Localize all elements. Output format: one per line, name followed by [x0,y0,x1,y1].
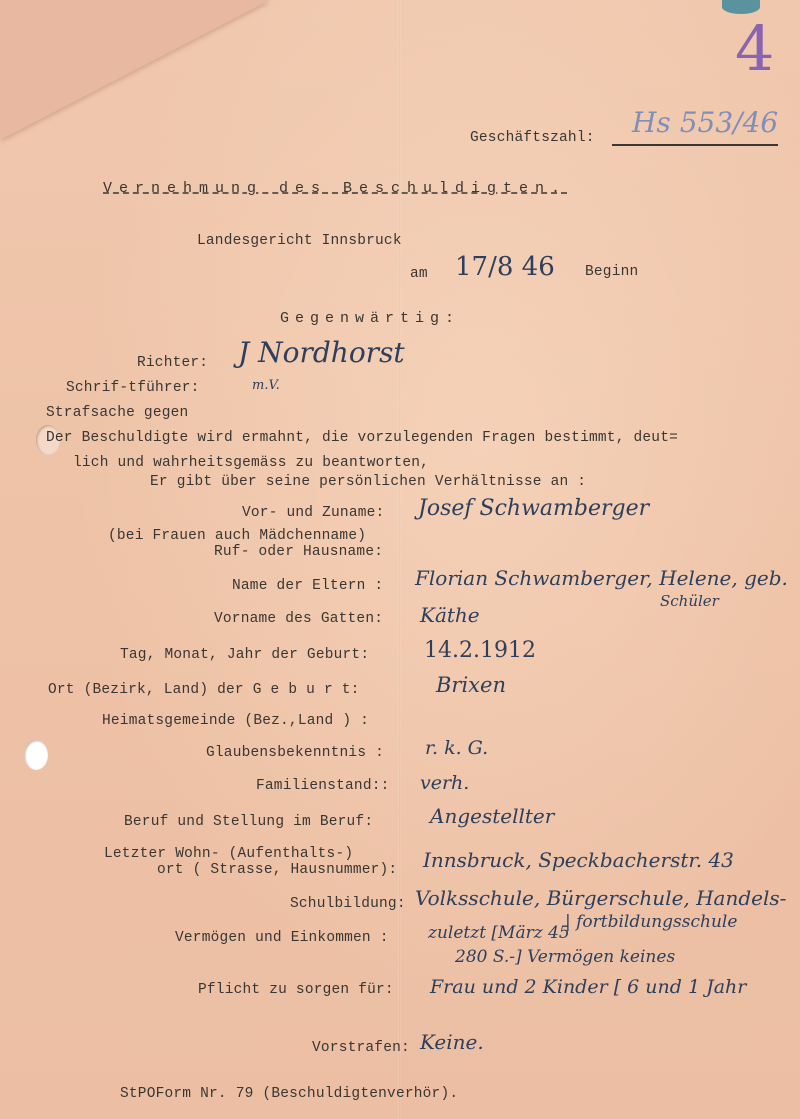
field-value-assets: zuletzt [März 45 [428,923,570,943]
field-label-maiden-name: (bei Frauen auch Mädchenname) [108,528,366,544]
folded-corner [0,0,270,140]
field-value-dependents: Frau und 2 Kinder [ 6 und 1 Jahr [430,976,746,998]
field-value-education: Volksschule, Bürgerschule, Handels- [415,886,786,910]
field-label-name: Vor- und Zuname: [242,505,384,521]
field-label-birthdate: Tag, Monat, Jahr der Geburt: [120,647,369,663]
document-title: Vernehmung des Beschuldigten. [103,180,567,197]
case-number-value: Hs 553/46 [632,106,778,139]
date-value: 17/8 46 [455,252,555,282]
field-label-parents: Name der Eltern : [232,578,383,594]
field-label-home-community: Heimatsgemeinde (Bez.,Land ) : [102,713,369,729]
field-label-marital-status: Familienstand:: [256,778,390,794]
date-prefix: am [410,266,428,282]
field-value-parents-cont: Schüler [660,592,719,610]
field-label-residence: Letzter Wohn- (Aufenthalts-) [104,846,353,862]
field-label-nickname: Ruf- oder Hausname: [214,544,383,560]
field-value-prior-convictions: Keine. [420,1030,484,1054]
field-label-spouse: Vorname des Gatten: [214,611,383,627]
field-label-occupation: Beruf und Stellung im Beruf: [124,814,373,830]
field-value-assets-cont: 280 S.-] Vermögen keines [455,947,675,967]
form-number: StPOForm Nr. 79 (Beschuldigtenverhör). [120,1086,458,1102]
court-name: Landesgericht Innsbruck [197,233,402,249]
field-value-spouse: Käthe [420,603,480,627]
field-value-name: Josef Schwamberger [418,496,649,521]
case-against: Strafsache gegen [46,405,188,421]
field-label-assets: Vermögen und Einkommen : [175,930,389,946]
clerk-label: Schrif-tführer: [66,380,200,396]
paper-fold [398,0,401,1119]
field-value-assets-school: | fortbildungsschule [565,912,737,932]
case-number-label: Geschäftszahl: [470,130,595,146]
judge-signature: J Nordhorst [238,336,405,369]
field-value-religion: r. k. G. [425,737,488,759]
date-suffix: Beginn [585,264,638,280]
field-label-education: Schulbildung: [290,896,406,912]
personal-intro: Er gibt über seine persönlichen Verhältn… [150,474,586,490]
field-value-marital-status: verh. [420,772,469,794]
punch-hole-bottom [24,740,48,770]
field-value-parents: Florian Schwamberger, Helene, geb. [415,566,788,590]
clerk-value: m.V. [252,378,280,393]
field-label-birthplace: Ort (Bezirk, Land) der G e b u r t: [48,682,360,698]
field-value-occupation: Angestellter [430,804,554,828]
field-value-birthdate: 14.2.1912 [424,638,536,663]
field-label-dependents: Pflicht zu sorgen für: [198,982,394,998]
present-heading: Gegenwärtig: [280,310,460,327]
field-value-residence: Innsbruck, Speckbacherstr. 43 [423,848,734,872]
field-label-residence-cont: ort ( Strasse, Hausnummer): [157,862,397,878]
field-label-prior-convictions: Vorstrafen: [312,1040,410,1056]
admonition-line-2: lich und wahrheitsgemäss zu beantworten, [73,455,429,471]
judge-label: Richter: [137,355,208,371]
field-value-birthplace: Brixen [436,673,506,697]
field-label-religion: Glaubensbekenntnis : [206,745,384,761]
page-number-mark: 4 [735,12,774,85]
admonition-line-1: Der Beschuldigte wird ermahnt, die vorzu… [46,430,678,446]
case-number-underline [612,144,778,146]
